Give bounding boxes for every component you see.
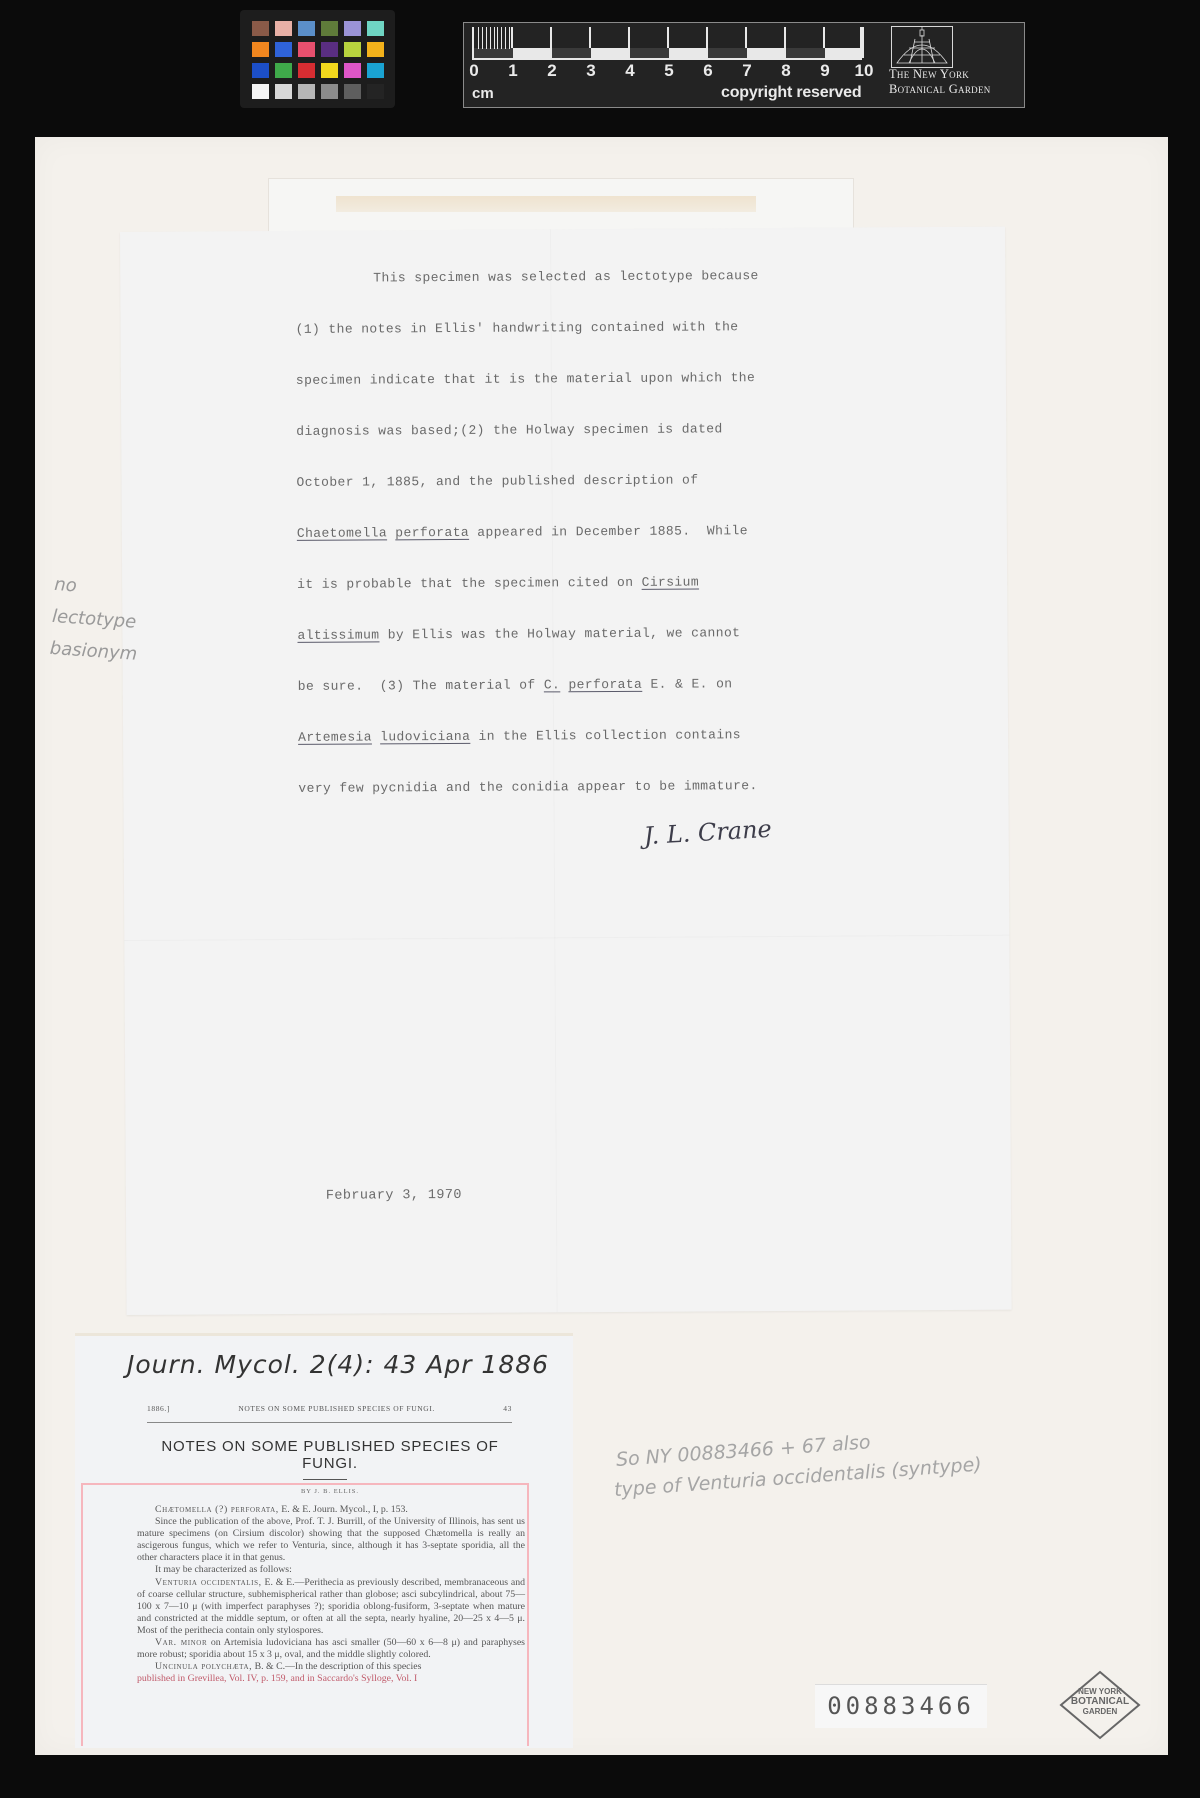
letter-line: altissimum by Ellis was the Holway mater… (297, 624, 917, 679)
ruler-number: 10 (855, 61, 874, 81)
institution-name-line2: Botanical Garden (889, 82, 991, 97)
article-body: Chætomella (?) perforata, E. & E. Journ.… (137, 1504, 525, 1685)
conservatory-dome-icon (891, 26, 953, 68)
color-swatch (367, 21, 384, 36)
ruler-mm-tick (478, 27, 479, 49)
ruler-band (747, 48, 786, 58)
scale-ruler: 012345678910 cm copyright reserved The N… (463, 22, 1025, 108)
letter-line: be sure. (3) The material of C. perforat… (298, 675, 918, 730)
letter-line: Chaetomella perforata appeared in Decemb… (297, 522, 917, 577)
color-calibration-chart (240, 10, 395, 108)
typed-lectotype-letter: This specimen was selected as lectotype … (120, 227, 1012, 1315)
color-swatch (321, 84, 338, 99)
ruler-number: 8 (781, 61, 790, 81)
running-head-title: NOTES ON SOME PUBLISHED SPECIES OF FUNGI… (238, 1404, 435, 1413)
letter-line: it is probable that the specimen cited o… (297, 573, 917, 628)
article-byline: BY J. B. ELLIS. (135, 1488, 525, 1495)
envelope-flap (336, 196, 756, 212)
color-swatch (252, 84, 269, 99)
fold-line-horizontal (124, 935, 1009, 941)
color-swatch (367, 84, 384, 99)
ruler-number: 2 (547, 61, 556, 81)
ruler-number: 5 (664, 61, 673, 81)
color-swatch (344, 21, 361, 36)
ruler-mm-tick (486, 27, 487, 49)
article-paragraph: Var. minor on Artemisia ludoviciana has … (137, 1637, 525, 1661)
article-last-line: published in Grevillea, Vol. IV, p. 159,… (137, 1673, 525, 1685)
letter-line: diagnosis was based;(2) the Holway speci… (296, 420, 916, 475)
ruler-mm-tick (494, 27, 495, 49)
ruler-band (591, 48, 630, 58)
stamp-line: BOTANICAL (1058, 1697, 1142, 1707)
color-swatch (367, 63, 384, 78)
stamp-line: GARDEN (1058, 1707, 1142, 1717)
color-swatch (275, 84, 292, 99)
ruler-number: 0 (469, 61, 478, 81)
ruler-number: 4 (625, 61, 634, 81)
ruler-band (669, 48, 708, 58)
stamp-text: NEW YORK BOTANICAL GARDEN (1058, 1687, 1142, 1717)
color-swatch (344, 63, 361, 78)
ruler-mm-tick (509, 27, 510, 49)
color-swatch (298, 21, 315, 36)
signature: J. L. Crane (643, 815, 772, 850)
nybg-stamp: NEW YORK BOTANICAL GARDEN (1058, 1669, 1142, 1741)
ruler-mm-tick (490, 27, 491, 49)
color-swatch (344, 84, 361, 99)
letter-date: February 3, 1970 (326, 1188, 462, 1204)
article-paragraph: Venturia occidentalis, E. & E.—Peritheci… (137, 1577, 525, 1637)
copyright-label: copyright reserved (721, 84, 861, 102)
ruler-number: 9 (820, 61, 829, 81)
color-swatch (321, 21, 338, 36)
color-swatch (298, 84, 315, 99)
letter-body: This specimen was selected as lectotype … (295, 267, 918, 832)
color-swatch (298, 63, 315, 78)
article-paragraph: It may be characterized as follows: (137, 1564, 525, 1576)
ruler-band (825, 48, 864, 58)
letter-line: specimen indicate that it is the materia… (296, 369, 916, 424)
color-swatch (252, 42, 269, 57)
ruler-mm-tick (501, 27, 502, 49)
letter-line: very few pycnidia and the conidia appear… (298, 777, 918, 832)
divider (303, 1479, 347, 1480)
color-swatch (298, 42, 315, 57)
ruler-band (786, 48, 825, 58)
ruler-number: 7 (742, 61, 751, 81)
handwritten-citation: Journ. Mycol. 2(4): 43 Apr 1886 (127, 1350, 549, 1379)
color-swatch (275, 21, 292, 36)
letter-line: (1) the notes in Ellis' handwriting cont… (296, 318, 916, 373)
running-head: 1886.] NOTES ON SOME PUBLISHED SPECIES O… (147, 1404, 512, 1413)
ruler-mm-tick (482, 27, 483, 49)
divider (147, 1422, 512, 1423)
ruler-band (552, 48, 591, 58)
color-swatch (344, 42, 361, 57)
article-paragraph: Uncinula polychæta, B. & C.—In the descr… (137, 1661, 525, 1673)
color-swatch (275, 42, 292, 57)
color-swatch (367, 42, 384, 57)
ruler-mm-tick (505, 27, 506, 49)
color-swatch (321, 42, 338, 57)
ruler-number: 3 (586, 61, 595, 81)
ruler-scale-bar (472, 27, 862, 60)
article-paragraph: Chætomella (?) perforata, E. & E. Journ.… (137, 1504, 525, 1516)
publication-clipping: Journ. Mycol. 2(4): 43 Apr 1886 1886.] N… (75, 1333, 573, 1748)
article-paragraph: Since the publication of the above, Prof… (137, 1516, 525, 1564)
ruler-band (708, 48, 747, 58)
institution-name-line1: The New York (889, 67, 991, 82)
ruler-number: 1 (508, 61, 517, 81)
barcode-number: 00883466 (815, 1684, 987, 1728)
color-swatch (321, 63, 338, 78)
letter-line: Artemesia ludoviciana in the Ellis colle… (298, 726, 918, 781)
article-title: NOTES ON SOME PUBLISHED SPECIES OF FUNGI… (135, 1438, 525, 1472)
ruler-mm-tick (497, 27, 498, 49)
ruler-number: 6 (703, 61, 712, 81)
margin-annotation: no lectotype basionym (49, 569, 145, 671)
ruler-band (630, 48, 669, 58)
letter-line: This specimen was selected as lectotype … (295, 267, 915, 322)
institution-name: The New York Botanical Garden (889, 67, 991, 97)
ruler-band (474, 48, 513, 58)
ruler-band (513, 48, 552, 58)
running-head-year: 1886.] (147, 1404, 170, 1413)
color-swatch (252, 63, 269, 78)
letter-line: October 1, 1885, and the published descr… (296, 471, 916, 526)
margin-annotation-line: basionym (49, 633, 141, 671)
color-swatch (275, 63, 292, 78)
running-head-page: 43 (503, 1404, 512, 1413)
ruler-unit-label: cm (472, 85, 494, 102)
color-swatch (252, 21, 269, 36)
